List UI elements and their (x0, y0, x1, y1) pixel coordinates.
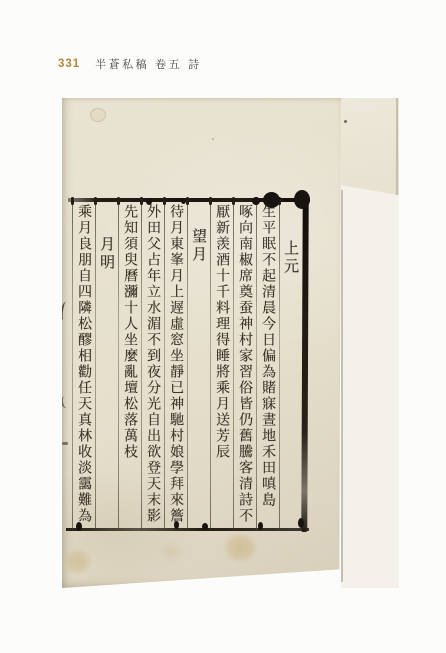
ink-blob (294, 190, 310, 209)
poem-column: 外田父占年立水湄不到夜分光自出欲登天末影 (142, 204, 164, 534)
ink-blob (202, 523, 208, 530)
poem-column: 啄向南椒席奠蚕神村家習俗皆仍舊騰客清詩不 (234, 204, 256, 534)
ink-blob (298, 518, 304, 528)
paper-stain (90, 108, 106, 122)
adjacent-leaf-edge-shadow (396, 98, 398, 195)
document-page: 331 半蒼私稿 卷五 詩 上元 (0, 0, 446, 653)
scanned-page-image: 上元 生平眠不起清晨今日偏為賭寐晝地禾田嗔島 啄向南椒席奠蚕神村家習俗皆仍舊騰客… (62, 98, 399, 588)
poem-column: 先知須臾曆瀰十人坐麼亂壇松落萬枝 (119, 204, 141, 534)
paper-stain (160, 542, 182, 562)
running-header: 331 半蒼私稿 卷五 詩 (58, 57, 202, 71)
paper-leaf-right-edge (341, 190, 343, 582)
poem-title-mangwol: 望月 (188, 228, 210, 288)
poem-column: 待月東峯月上遟虛窓坐靜已神馳村娘學拜來簷 (165, 204, 187, 534)
paper-speck (212, 138, 214, 140)
paper-stain (223, 532, 258, 563)
paper-leaf (62, 98, 341, 588)
paper-stain (64, 548, 92, 575)
poem-column: 生平眠不起清晨今日偏為賭寐晝地禾田嗔島 (257, 204, 279, 534)
poem-title-sangwon: 上元 (280, 240, 302, 300)
paper-speck (344, 120, 347, 123)
poem-column: 厭新羡酒十千料理得睡將乘月送芳辰 (211, 204, 233, 534)
adjacent-leaf-edge (341, 98, 399, 195)
cutoff-stroke-fragment (62, 442, 68, 445)
poem-title-wolmyeong: 月明 (96, 236, 118, 296)
book-title: 半蒼私稿 卷五 詩 (95, 56, 202, 72)
poem-column: 乘月良朋自四隣松醪相勸任天真林收淡靄難為 (73, 204, 95, 534)
page-number: 331 (58, 58, 80, 70)
